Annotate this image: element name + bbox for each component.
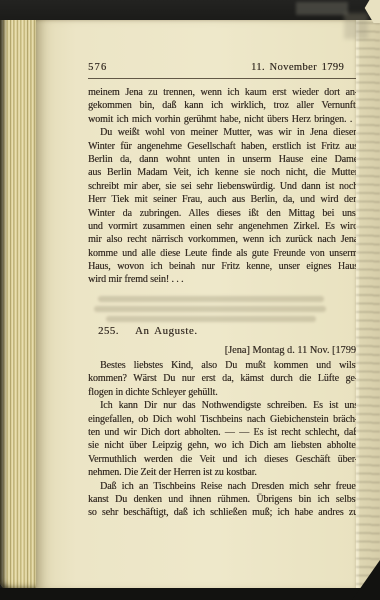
text-line: kommen? Wärst Du nur erst da, kämst durc…	[88, 372, 358, 385]
text-line: sie nicht über Leipzig gehn, wo ich Dich…	[88, 439, 358, 452]
show-through	[94, 306, 326, 312]
letter-paragraphs: Bestes liebstes Kind, also Du mußt komme…	[88, 359, 358, 520]
book-photo: 576 11. November 1799 meinem Jena zu tre…	[0, 0, 380, 600]
text-line: Winter da zubringen. Alles dieses ißt de…	[88, 207, 358, 220]
show-through	[98, 296, 324, 302]
text-line: schreibt mir aber, sie sei sehr liebensw…	[88, 180, 358, 193]
top-bar-smudge	[296, 2, 348, 15]
text-line: nehmen. Die Zeit der Herren ist zu kostb…	[88, 466, 358, 479]
page-header: 576 11. November 1799	[88, 62, 358, 76]
text-line: und vormirt zusammen einen sehr angenehm…	[88, 220, 358, 233]
text-line: Herr Tiek mit seiner Frau, auch aus Berl…	[88, 193, 358, 206]
text-line: kanst Du denken und ihnen rühmen. Übrige…	[88, 493, 358, 506]
text-line: Ich kann Dir nur das Nothwendigste schre…	[88, 399, 358, 412]
text-line: gekommen bin, daß kann ich wirklich, tro…	[88, 99, 358, 112]
continuation-paragraphs: meinem Jena zu trennen, wenn ich kaum er…	[88, 86, 358, 287]
page-number: 576	[88, 62, 107, 73]
show-through	[106, 316, 316, 322]
text-line: Daß ich an Tischbeins Reise nach Dresden…	[88, 480, 358, 493]
text-line: Vermuthlich werden die Veit und ich dies…	[88, 453, 358, 466]
cover-bottom-bar	[0, 588, 380, 600]
section-heading: 255. An Auguste.	[88, 325, 358, 339]
page-corner-shadow	[344, 13, 368, 39]
text-line: Haus, wovon ich beinah nur Fritz kenne, …	[88, 260, 358, 273]
text-line: mir also recht närrisch vorkommen, wenn …	[88, 233, 358, 246]
letter-dateline: [Jena] Montag d. 11 Nov. [1799].	[88, 345, 358, 356]
adjacent-page-edge	[356, 0, 380, 600]
text-line: eingefallen, ob Dich wohl Tischbeins nac…	[88, 413, 358, 426]
text-line: komme und alle diese Leute finde als gut…	[88, 247, 358, 260]
text-line: womit ich mich vorhin gerühmt habe, nich…	[88, 113, 358, 126]
adjacent-page-texture	[356, 0, 380, 600]
section-number: 255.	[98, 325, 119, 337]
header-rule	[88, 78, 358, 79]
text-line: wird mir fremd sein! . . .	[88, 273, 358, 286]
text-line: meinem Jena zu trennen, wenn ich kaum er…	[88, 86, 358, 99]
text-line: so sehr beschäftigt, daß ich schließen m…	[88, 506, 358, 519]
text-line: Winter für angenehme Gesellschaft haben,…	[88, 140, 358, 153]
cover-top-bar	[0, 0, 380, 20]
page-stack-edge	[0, 10, 38, 590]
text-line: ten und wir Dich dort abholten. — — Es i…	[88, 426, 358, 439]
running-head: 11. November 1799	[251, 62, 344, 73]
book-page: 576 11. November 1799 meinem Jena zu tre…	[36, 19, 358, 589]
text-line: Berlin da, dann wohnt unten in unserm Ha…	[88, 153, 358, 166]
section-title: An Auguste.	[135, 325, 198, 337]
text-line: flogen in dichte Schleyer gehüllt.	[88, 386, 358, 399]
text-line: Du weißt wohl von meiner Mutter, was wir…	[88, 126, 358, 139]
text-line: aus Berlin Madam Veit, ich kenne sie noc…	[88, 166, 358, 179]
text-line: Bestes liebstes Kind, also Du mußt komme…	[88, 359, 358, 372]
